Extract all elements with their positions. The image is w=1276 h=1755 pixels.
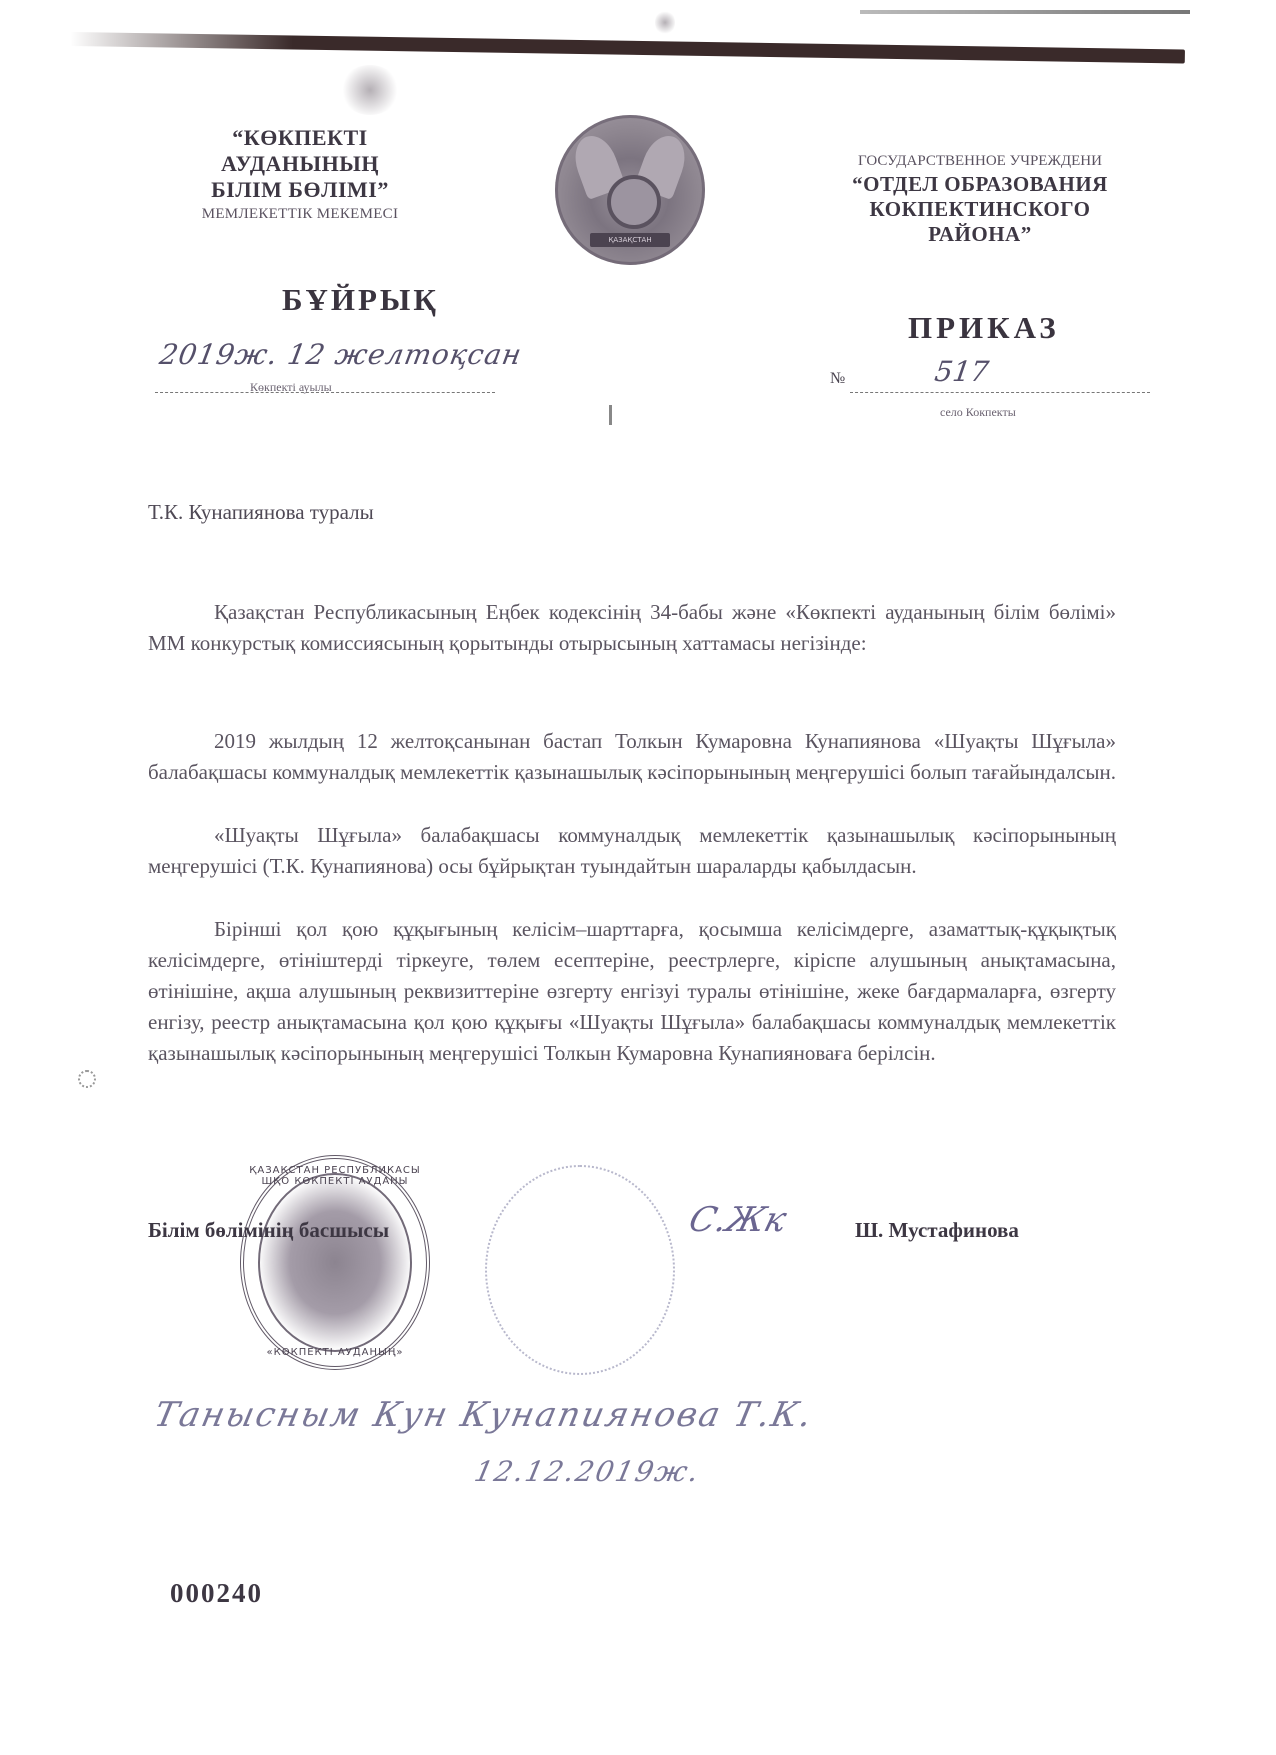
signatory-name: Ш. Мустафинова bbox=[855, 1218, 1019, 1243]
body-paragraph-4: Бірінші қол қою құқығының келісім–шартта… bbox=[148, 914, 1116, 1069]
emblem-shanyrak bbox=[607, 175, 661, 229]
margin-punch-mark bbox=[78, 1070, 96, 1088]
org-name-kz-line-3: БІЛІМ БӨЛІМІ” bbox=[150, 177, 450, 203]
paragraph-text: «Шуақты Шұғыла» балабақшасы коммуналдық … bbox=[148, 820, 1116, 882]
org-name-ru-line-1: “ОТДЕЛ ОБРАЗОВАНИЯ bbox=[810, 172, 1150, 197]
place-kz: Көкпекті ауылы bbox=[250, 380, 332, 395]
header-org-kz: “КӨКПЕКТІ АУДАНЫНЫҢ БІЛІМ БӨЛІМІ” МЕМЛЕК… bbox=[150, 125, 450, 225]
order-subject: Т.К. Кунапиянова туралы bbox=[148, 500, 374, 525]
scan-shadow-bar bbox=[70, 32, 1185, 64]
org-type-ru: ГОСУДАРСТВЕННОЕ УЧРЕЖДЕНИ bbox=[810, 150, 1150, 172]
place-ru: село Кокпекты bbox=[940, 405, 1016, 420]
stamp-top-text: ҚАЗАҚСТАН РЕСПУБЛИКАСЫ ШҚО КӨКПЕКТІ АУДА… bbox=[244, 1165, 426, 1187]
org-name-ru-line-2: КОКПЕКТИНСКОГО bbox=[810, 197, 1150, 222]
signatory-role: Білім бөлімінің басшысы bbox=[148, 1218, 389, 1243]
order-title-ru: ПРИКАЗ bbox=[908, 310, 1060, 346]
scan-mark bbox=[609, 405, 612, 425]
scan-smudge bbox=[340, 65, 400, 115]
paragraph-text: Қазақстан Республикасының Еңбек кодексін… bbox=[148, 597, 1116, 659]
stamp-bottom-text: «КӨКПЕКТІ АУДАНЫҢ» bbox=[244, 1347, 426, 1358]
body-paragraph-3: «Шуақты Шұғыла» балабақшасы коммуналдық … bbox=[148, 820, 1116, 882]
org-type-kz: МЕМЛЕКЕТТІК МЕКЕМЕСІ bbox=[150, 203, 450, 225]
body-paragraph-2: 2019 жылдың 12 желтоқсанынан бастап Толк… bbox=[148, 726, 1116, 788]
org-name-kz-line-1: “КӨКПЕКТІ bbox=[150, 125, 450, 151]
order-number-label: № bbox=[830, 370, 845, 388]
order-number-handwritten: 517 bbox=[933, 355, 991, 388]
header-org-ru: ГОСУДАРСТВЕННОЕ УЧРЕЖДЕНИ “ОТДЕЛ ОБРАЗОВ… bbox=[810, 150, 1150, 247]
document-serial-number: 000240 bbox=[170, 1578, 263, 1609]
paragraph-text: Бірінші қол қою құқығының келісім–шартта… bbox=[148, 914, 1116, 1069]
signature-handwritten: С.Жк bbox=[685, 1200, 791, 1240]
acknowledgement-date-handwritten: 12.12.2019ж. bbox=[471, 1455, 703, 1488]
paragraph-text: 2019 жылдың 12 желтоқсанынан бастап Толк… bbox=[148, 726, 1116, 788]
body-paragraph-1: Қазақстан Республикасының Еңбек кодексін… bbox=[148, 597, 1116, 659]
scan-edge-top bbox=[860, 10, 1190, 14]
faint-stamp-impression bbox=[485, 1165, 675, 1375]
state-emblem-icon: ҚАЗАҚСТАН bbox=[555, 115, 705, 265]
order-date-handwritten: 2019ж. 12 желтоқсан bbox=[157, 338, 525, 371]
acknowledgement-handwritten: Танысным Кун Кунапиянова Т.К. bbox=[151, 1395, 817, 1435]
order-title-kz: БҰЙРЫҚ bbox=[282, 282, 439, 318]
stamp-inner-ring bbox=[258, 1173, 412, 1352]
org-name-kz-line-2: АУДАНЫНЫҢ bbox=[150, 151, 450, 177]
official-stamp: ҚАЗАҚСТАН РЕСПУБЛИКАСЫ ШҚО КӨКПЕКТІ АУДА… bbox=[240, 1155, 430, 1370]
number-underline bbox=[850, 392, 1150, 393]
emblem-ribbon: ҚАЗАҚСТАН bbox=[590, 233, 670, 247]
org-name-ru-line-3: РАЙОНА” bbox=[810, 222, 1150, 247]
scan-smudge bbox=[655, 10, 675, 35]
